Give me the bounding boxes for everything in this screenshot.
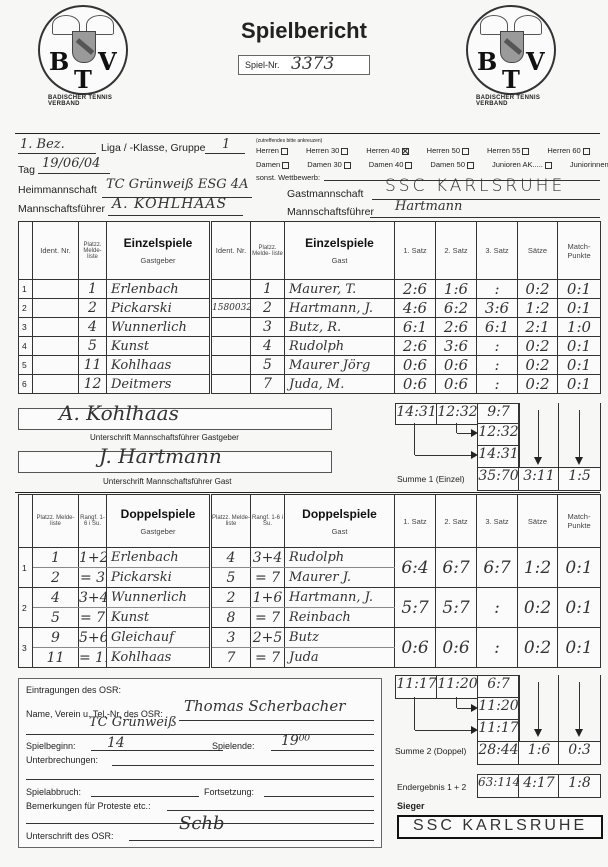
player-heim[interactable]: Kunst [107, 337, 211, 356]
satz1-score[interactable]: 2:6 [395, 337, 436, 356]
category-option[interactable]: Herren 60 [547, 146, 598, 155]
match-score[interactable]: 0:1 [558, 588, 601, 628]
satz3-score[interactable]: : [477, 356, 518, 375]
ident-gast[interactable] [211, 280, 251, 299]
arrow-down-icon [579, 410, 580, 458]
header-saetze: Sätze [518, 495, 558, 548]
header-platz-gast: Platzz. Melde- liste [211, 495, 251, 548]
ident-gast[interactable] [211, 318, 251, 337]
spiel-nr-label: Spiel-Nr. [245, 60, 280, 70]
header-einzel-gastgeber: Einzelspiele Gastgeber [107, 222, 211, 280]
einzel-row: 22Pickarski158003242Hartmann, J.4:66:23:… [19, 299, 601, 318]
checkbox-icon[interactable] [467, 162, 474, 169]
einzel-row: 511Kohlhaas5Maurer Jörg0:60:6:0:20:1 [19, 356, 601, 375]
ident-heim[interactable] [33, 375, 79, 394]
player-heim[interactable]: Erlenbach [107, 280, 211, 299]
spielabbruch-label: Spielabbruch: [26, 787, 81, 797]
arrow-right-icon [415, 455, 472, 456]
player-gast[interactable]: Hartmann, J. [285, 588, 395, 608]
einzel-arrow-s2-value[interactable]: 12:32 [477, 423, 520, 447]
platz-heim[interactable]: 11 [79, 356, 107, 375]
row-number: 6 [19, 375, 33, 394]
summe2-match[interactable]: 0:3 [558, 741, 601, 765]
category-option[interactable]: Juniorinnen AK...... [570, 160, 608, 169]
tag-value[interactable]: 19/06/04 [42, 156, 100, 171]
satz2-score[interactable]: 0:6 [436, 375, 477, 394]
category-option[interactable]: Herren 30 [306, 146, 357, 155]
category-option[interactable]: Damen 40 [369, 160, 422, 169]
signature-gast-label: Unterschrift Mannschaftsführer Gast [103, 477, 232, 486]
einzel-row: 45Kunst4Rudolph2:63:6:0:20:1 [19, 337, 601, 356]
platz-gast[interactable]: 3 [251, 318, 285, 337]
player-heim[interactable]: Kohlhaas [107, 356, 211, 375]
arrow-stem [456, 697, 457, 708]
player-heim[interactable]: Pickarski [107, 568, 211, 588]
einzel-table: Ident. Nr. Platzz. Melde- liste Einzelsp… [18, 221, 601, 394]
arrow-stem [414, 697, 415, 730]
doppel-row: 395+6Gleichauf32+5Butz0:60:6:0:20:1 [19, 628, 601, 648]
s2-score[interactable]: 6:7 [436, 548, 477, 588]
header-satz3: 3. Satz [477, 222, 518, 280]
player-gast[interactable]: Butz, R. [285, 318, 395, 337]
page-title: Spielbericht [0, 18, 608, 44]
divider [558, 675, 559, 741]
s1-score[interactable]: 6:4 [395, 548, 436, 588]
category-option[interactable]: Damen 50 [430, 160, 483, 169]
platz-heim[interactable]: 12 [79, 375, 107, 394]
einzel-row: 11Erlenbach1Maurer, T.2:61:6:0:20:1 [19, 280, 601, 299]
checkbox-icon[interactable] [405, 162, 412, 169]
row-number: 3 [19, 628, 33, 668]
category-option[interactable]: Damen 30 [307, 160, 360, 169]
spiel-nr-value: 3373 [291, 54, 334, 74]
osr-name-value[interactable]: Thomas Scherbacher [184, 697, 345, 715]
endergebnis-match[interactable]: 1:8 [558, 774, 601, 798]
s1-score[interactable]: 5:7 [395, 588, 436, 628]
category-row-2: DamenDamen 30Damen 40Damen 50Junioren AK… [256, 160, 608, 169]
endergebnis-label: Endergebnis 1 + 2 [397, 782, 466, 792]
saetze-score[interactable]: 2:1 [518, 318, 558, 337]
doppel-row: 111+2Erlenbach43+4Rudolph6:46:76:71:20:1 [19, 548, 601, 568]
rang-heim[interactable]: 1+2 [79, 548, 107, 568]
doppel-sum-frame [518, 675, 601, 742]
platz-gast[interactable]: 2 [211, 588, 251, 608]
platz-gast[interactable]: 3 [211, 628, 251, 648]
satz2-score[interactable]: 3:6 [436, 337, 477, 356]
rang-heim[interactable]: 3+4 [79, 588, 107, 608]
checkbox-icon[interactable] [344, 162, 351, 169]
match-points[interactable]: 0:1 [558, 356, 601, 375]
gast-label: Gastmannschaft [287, 188, 363, 200]
mf-heim-line [108, 215, 243, 216]
platz-heim[interactable]: 1 [33, 548, 79, 568]
satz3-score[interactable]: 3:6 [477, 299, 518, 318]
player-gast[interactable]: Hartmann, J. [285, 299, 395, 318]
checkbox-icon[interactable] [545, 162, 552, 169]
saetze-score[interactable]: 0:2 [518, 375, 558, 394]
saetze-score[interactable]: 0:2 [518, 588, 558, 628]
row-number: 2 [19, 299, 33, 318]
header-einzel-gast: Einzelspiele Gast [285, 222, 395, 280]
player-heim[interactable]: Erlenbach [107, 548, 211, 568]
header-match: Match- Punkte [558, 222, 601, 280]
platz-heim[interactable]: 5 [33, 608, 79, 628]
header-platz-gast: Platzz. Melde- liste [251, 222, 285, 280]
ident-heim[interactable] [33, 356, 79, 375]
match-points[interactable]: 0:1 [558, 299, 601, 318]
match-points[interactable]: 0:1 [558, 280, 601, 299]
player-gast[interactable]: Rudolph [285, 548, 395, 568]
category-option[interactable]: Herren 50 [427, 146, 478, 155]
liga-label: Liga / -Klasse, Gruppe [101, 142, 205, 154]
rang-heim[interactable]: = 11 [79, 648, 107, 668]
header-doppel-gast: Doppelspiele Gast [285, 495, 395, 548]
platz-gast[interactable]: 1 [251, 280, 285, 299]
player-heim[interactable]: Pickarski [107, 299, 211, 318]
arrow-right-icon [457, 708, 472, 709]
header-platz: Platzz. Melde- liste [79, 222, 107, 280]
match-points[interactable]: 0:1 [558, 375, 601, 394]
category-option[interactable]: Damen [256, 160, 298, 169]
satz1-score[interactable]: 0:6 [395, 375, 436, 394]
summe2-saetze[interactable]: 1:6 [518, 741, 560, 765]
satz2-score[interactable]: 2:6 [436, 318, 477, 337]
platz-heim[interactable]: 1 [79, 280, 107, 299]
spielende-value[interactable]: 19⁰⁰ [281, 733, 310, 749]
category-option[interactable]: Herren 55 [487, 146, 538, 155]
mf-gast-line [370, 217, 600, 218]
satz1-score[interactable]: 4:6 [395, 299, 436, 318]
player-heim[interactable]: Wunnerlich [107, 588, 211, 608]
platz-heim[interactable]: 2 [79, 299, 107, 318]
signature-heim: A. Kohlhaas [59, 401, 179, 425]
mf-heim-value[interactable]: A. KOHLHAAS [112, 196, 227, 212]
fortsetzung-label: Fortsetzung: [204, 787, 254, 797]
player-heim[interactable]: Deitmers [107, 375, 211, 394]
match-points[interactable]: 1:0 [558, 318, 601, 337]
ident-gast[interactable] [211, 356, 251, 375]
rang-heim[interactable]: = 7 [79, 608, 107, 628]
unterbrechungen-label: Unterbrechungen: [26, 755, 98, 765]
gruppe-line [205, 153, 245, 154]
s2-score[interactable]: 0:6 [436, 628, 477, 668]
einzel-sum-frame [518, 403, 601, 468]
rang-gast[interactable]: 3+4 [251, 548, 285, 568]
player-gast[interactable]: Rudolph [285, 337, 395, 356]
platz-gast[interactable]: 7 [251, 375, 285, 394]
satz1-score[interactable]: 6:1 [395, 318, 436, 337]
arrow-down-icon [579, 682, 580, 730]
doppel-arrow-s2-value[interactable]: 11:20 [477, 697, 520, 721]
saetze-score[interactable]: 0:2 [518, 280, 558, 299]
platz-gast[interactable]: 2 [251, 299, 285, 318]
signature-heim-field[interactable]: A. Kohlhaas [18, 408, 332, 430]
sieger-label: Sieger [397, 801, 425, 811]
player-heim[interactable]: Kohlhaas [107, 648, 211, 668]
summe2-label: Summe 2 (Doppel) [395, 746, 466, 756]
signature-heim-label: Unterschrift Mannschaftsführer Gastgeber [90, 433, 239, 442]
heim-value[interactable]: TC Grünweiß ESG 4A [106, 177, 248, 192]
spielbeginn-label: Spielbeginn: [26, 741, 76, 751]
endergebnis-games[interactable]: 63:114 [477, 774, 520, 798]
satz3-score[interactable]: : [477, 375, 518, 394]
player-gast[interactable]: Maurer Jörg [285, 356, 395, 375]
header-rang: Rangf. 1-6 i Su. [79, 495, 107, 548]
player-gast[interactable]: Maurer, T. [285, 280, 395, 299]
platz-heim[interactable]: 11 [33, 648, 79, 668]
rang-heim[interactable]: 5+6 [79, 628, 107, 648]
player-gast[interactable]: Butz [285, 628, 395, 648]
match-score[interactable]: 0:1 [558, 548, 601, 588]
platz-gast[interactable]: 7 [211, 648, 251, 668]
ident-heim[interactable] [33, 318, 79, 337]
gast-value[interactable]: SSC KARLSRUHE [385, 176, 565, 196]
rang-heim[interactable]: = 3 [79, 568, 107, 588]
platz-gast[interactable]: 5 [251, 356, 285, 375]
platz-heim[interactable]: 5 [79, 337, 107, 356]
header-saetze: Sätze [518, 222, 558, 280]
platz-gast[interactable]: 8 [211, 608, 251, 628]
arrow-stem [414, 423, 415, 455]
einzel-total-s3[interactable]: 9:7 [477, 403, 520, 425]
checkbox-checked-icon[interactable] [402, 148, 409, 155]
match-score[interactable]: 0:1 [558, 628, 601, 668]
ident-heim[interactable] [33, 280, 79, 299]
checkbox-icon[interactable] [522, 148, 529, 155]
rang-gast[interactable]: = 7 [251, 568, 285, 588]
tag-line [38, 173, 110, 174]
category-row-1: HerrenHerren 30Herren 40Herren 50Herren … [256, 146, 608, 155]
liga-value[interactable]: 1. Bez. [20, 137, 65, 152]
sieger-value: SSC KARLSRUHE [413, 817, 587, 835]
rang-gast[interactable]: = 7 [251, 608, 285, 628]
header-satz2: 2. Satz [436, 222, 477, 280]
satz1-score[interactable]: 2:6 [395, 280, 436, 299]
category-option[interactable]: Herren [256, 146, 297, 155]
arrow-right-icon [457, 433, 472, 434]
platz-heim[interactable]: 2 [33, 568, 79, 588]
summe1-match[interactable]: 1:5 [558, 467, 601, 491]
s2-score[interactable]: 5:7 [436, 588, 477, 628]
saetze-score[interactable]: 0:2 [518, 337, 558, 356]
checkbox-icon[interactable] [281, 148, 288, 155]
summe1-saetze[interactable]: 3:11 [518, 467, 560, 491]
mf-gast-label: Mannschaftsführer [287, 206, 374, 218]
row-number: 4 [19, 337, 33, 356]
mf-gast-value[interactable]: Hartmann [395, 199, 462, 214]
summe2-games[interactable]: 28:44 [477, 741, 520, 765]
player-heim[interactable]: Wunnerlich [107, 318, 211, 337]
s3-score[interactable]: : [477, 588, 518, 628]
einzel-row: 612Deitmers7Juda, M.0:60:6:0:20:1 [19, 375, 601, 394]
endergebnis-saetze[interactable]: 4:17 [518, 774, 560, 798]
platz-heim[interactable]: 9 [33, 628, 79, 648]
tag-label: Tag [18, 164, 35, 176]
header-ident: Ident. Nr. [33, 222, 79, 280]
doppel-row: 243+4Wunnerlich21+6Hartmann, J.5:75:7:0:… [19, 588, 601, 608]
header-doppel-gastgeber: Doppelspiele Gastgeber [107, 495, 211, 548]
doppel-header-row: Platzz. Melde- liste Rangf. 1-6 i Su. Do… [19, 495, 601, 548]
player-gast[interactable]: Reinbach [285, 608, 395, 628]
doppel-total-s1[interactable]: 11:17 [395, 675, 438, 699]
ident-heim[interactable] [33, 299, 79, 318]
saetze-score[interactable]: 0:2 [518, 356, 558, 375]
einzel-header-row: Ident. Nr. Platzz. Melde- liste Einzelsp… [19, 222, 601, 280]
player-gast[interactable]: Juda, M. [285, 375, 395, 394]
platz-heim[interactable]: 4 [79, 318, 107, 337]
unterschrift-osr-label: Unterschrift des OSR: [26, 831, 114, 841]
satz3-score[interactable]: : [477, 337, 518, 356]
satz2-score[interactable]: 0:6 [436, 356, 477, 375]
category-option[interactable]: Herren 40 [366, 146, 417, 155]
sieger-field[interactable]: SSC KARLSRUHE [397, 815, 603, 839]
player-gast[interactable]: Maurer J. [285, 568, 395, 588]
row-number: 5 [19, 356, 33, 375]
satz3-score[interactable]: 6:1 [477, 318, 518, 337]
doppel-table: Platzz. Melde- liste Rangf. 1-6 i Su. Do… [18, 494, 601, 668]
arrow-stem [456, 423, 457, 433]
header-satz3: 3. Satz [477, 495, 518, 548]
unterschrift-osr-value[interactable]: Schb [179, 813, 225, 834]
einzel-arrow-s1-value[interactable]: 14:31 [477, 445, 520, 469]
satz1-score[interactable]: 0:6 [395, 356, 436, 375]
osr-title: Eintragungen des OSR: [26, 685, 121, 695]
einzel-total-s2[interactable]: 12:32 [436, 403, 479, 425]
doppel-total-s3[interactable]: 6:7 [477, 675, 520, 699]
satz2-score[interactable]: 6:2 [436, 299, 477, 318]
category-hint: (zutreffendes bitte ankreuzen) [256, 138, 322, 144]
row-number: 1 [19, 280, 33, 299]
arrow-down-icon [538, 410, 539, 458]
doppel-total-s2[interactable]: 11:20 [436, 675, 479, 699]
divider [15, 133, 600, 134]
checkbox-icon[interactable] [462, 148, 469, 155]
divider [15, 492, 600, 493]
ident-gast[interactable] [211, 337, 251, 356]
match-points[interactable]: 0:1 [558, 337, 601, 356]
s1-score[interactable]: 0:6 [395, 628, 436, 668]
header-satz2: 2. Satz [436, 495, 477, 548]
rang-gast[interactable]: = 7 [251, 648, 285, 668]
category-option[interactable]: Junioren AK..... [492, 160, 561, 169]
arrow-right-icon [415, 730, 472, 731]
row-number: 3 [19, 318, 33, 337]
row-number: 2 [19, 588, 33, 628]
checkbox-icon[interactable] [583, 148, 590, 155]
checkbox-icon[interactable] [341, 148, 348, 155]
satz2-score[interactable]: 1:6 [436, 280, 477, 299]
summe1-games[interactable]: 35:70 [477, 467, 520, 491]
rang-gast[interactable]: 2+5 [251, 628, 285, 648]
ident-gast[interactable] [211, 375, 251, 394]
player-heim[interactable]: Gleichauf [107, 628, 211, 648]
liga-line [18, 153, 96, 154]
header-ident-gast: Ident. Nr. [211, 222, 251, 280]
bemerkungen-label: Bemerkungen für Proteste etc.: [26, 801, 151, 811]
ident-gast[interactable]: 15800324 [211, 299, 251, 318]
satz3-score[interactable]: : [477, 280, 518, 299]
saetze-score[interactable]: 1:2 [518, 299, 558, 318]
row-number: 1 [19, 548, 33, 588]
arrow-down-icon [538, 682, 539, 730]
platz-gast[interactable]: 5 [211, 568, 251, 588]
spiel-nr-field[interactable]: Spiel-Nr. 3373 [238, 55, 370, 75]
checkbox-icon[interactable] [282, 162, 289, 169]
mf-heim-label: Mannschaftsführer [18, 203, 105, 215]
osr-verein-value[interactable]: TC Grünweiß [89, 715, 177, 730]
s3-score[interactable]: : [477, 628, 518, 668]
heim-label: Heimmannschaft [18, 184, 97, 196]
player-gast[interactable]: Juda [285, 648, 395, 668]
ident-heim[interactable] [33, 337, 79, 356]
player-heim[interactable]: Kunst [107, 608, 211, 628]
saetze-score[interactable]: 0:2 [518, 628, 558, 668]
doppel-arrow-s1-value[interactable]: 11:17 [477, 719, 520, 743]
s3-score[interactable]: 6:7 [477, 548, 518, 588]
saetze-score[interactable]: 1:2 [518, 548, 558, 588]
gruppe-value[interactable]: 1 [222, 137, 230, 152]
einzel-total-s1[interactable]: 14:31 [395, 403, 438, 425]
signature-gast: J. Hartmann [99, 444, 222, 468]
signature-gast-field[interactable]: J. Hartmann [18, 451, 332, 473]
header-satz1: 1. Satz [395, 495, 436, 548]
platz-heim[interactable]: 4 [33, 588, 79, 608]
divider [558, 403, 559, 467]
osr-section: Eintragungen des OSR: Name, Verein u. Te… [18, 678, 382, 848]
rang-gast[interactable]: 1+6 [251, 588, 285, 608]
einzel-row: 34Wunnerlich3Butz, R.6:12:66:12:11:0 [19, 318, 601, 337]
header-platz: Platzz. Melde- liste [33, 495, 79, 548]
spielbeginn-value[interactable]: 14 [107, 735, 125, 751]
summe1-label: Summe 1 (Einzel) [397, 474, 465, 484]
header-satz1: 1. Satz [395, 222, 436, 280]
platz-gast[interactable]: 4 [251, 337, 285, 356]
platz-gast[interactable]: 4 [211, 548, 251, 568]
header-rang-gast: Rangf. 1-6 i Su. [251, 495, 285, 548]
header-match: Match- Punkte [558, 495, 601, 548]
spielende-label: Spielende: [212, 741, 255, 751]
sonst-label: sonst. Wettbewerb: [256, 173, 320, 182]
